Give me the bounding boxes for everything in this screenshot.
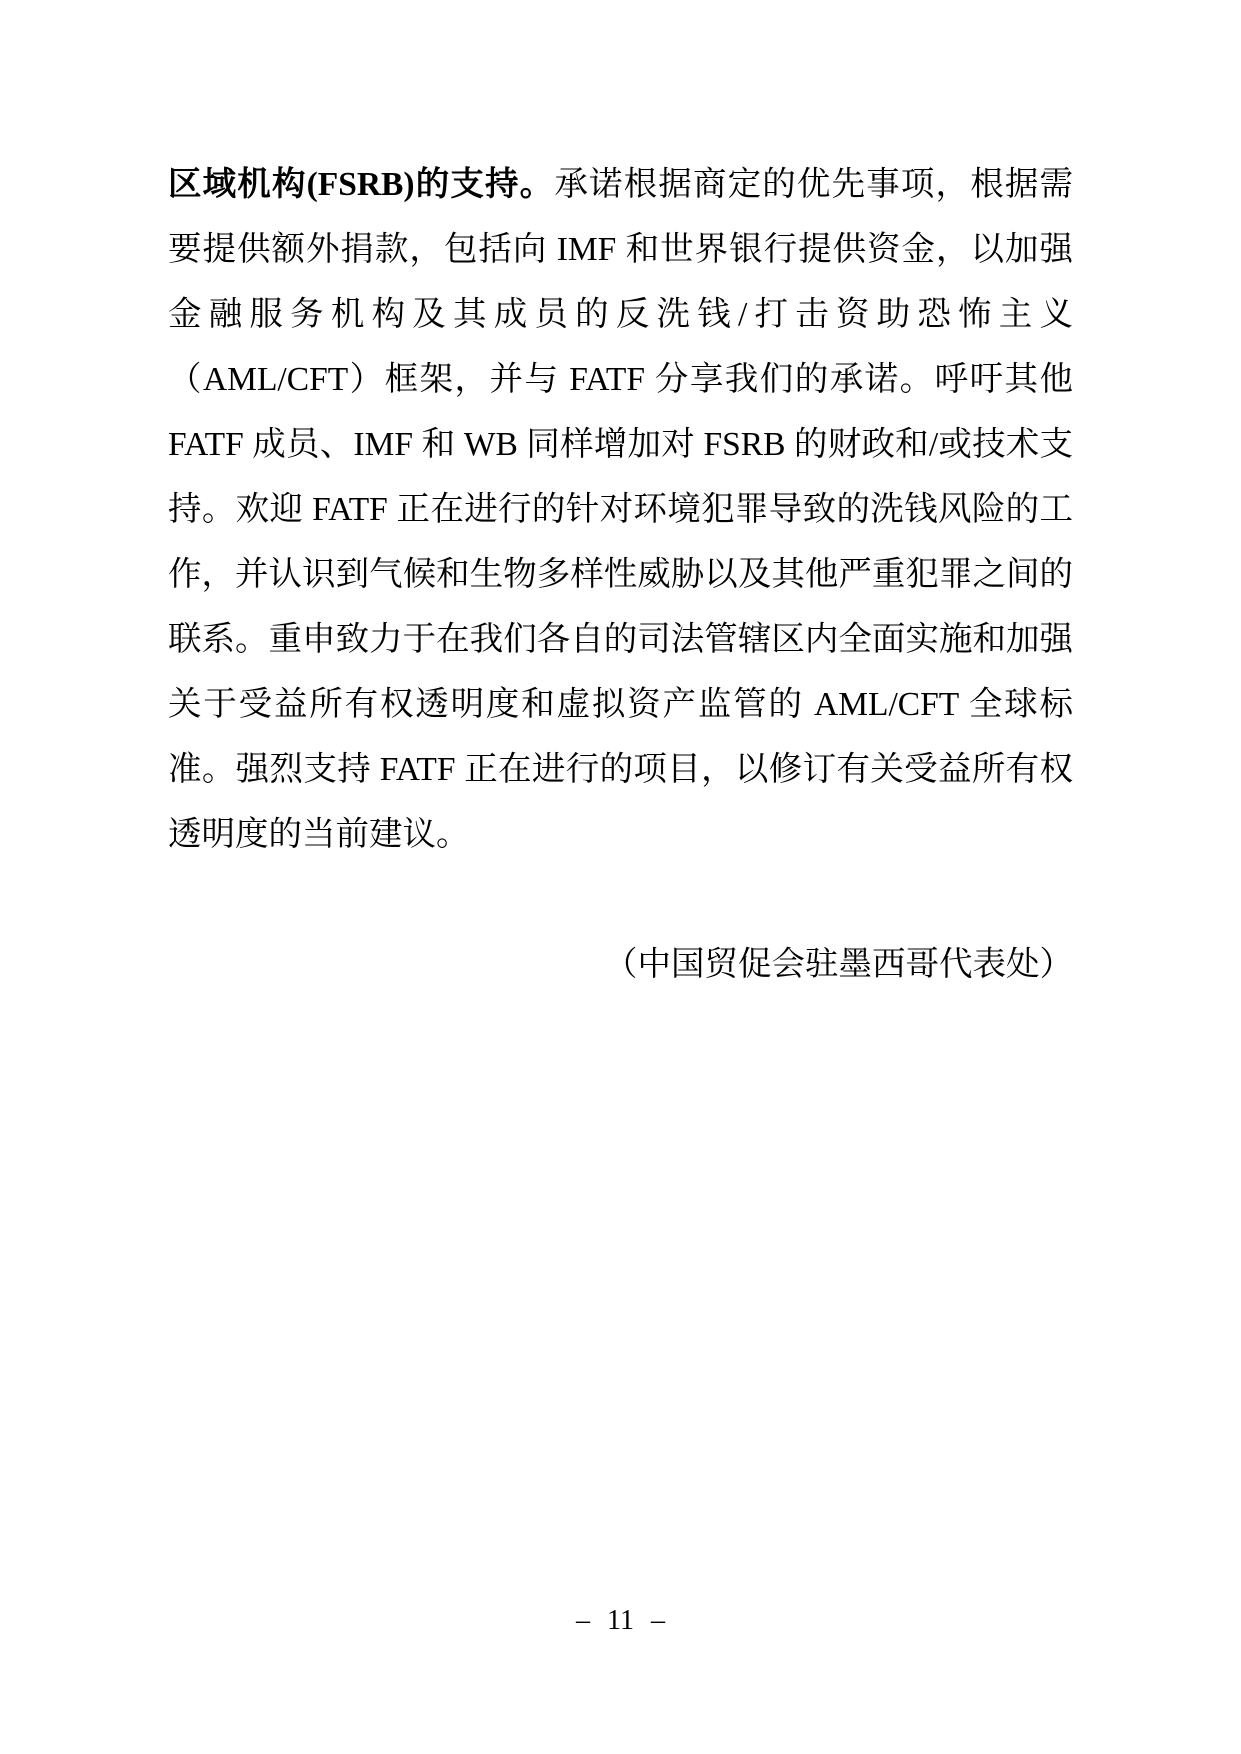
attribution-line: （中国贸促会驻墨西哥代表处） <box>168 932 1073 997</box>
document-page: 区域机构(FSRB)的支持。承诺根据商定的优先事项，根据需要提供额外捐款，包括向… <box>0 0 1241 1754</box>
paragraph-body-text: 承诺根据商定的优先事项，根据需要提供额外捐款，包括向 IMF 和世界银行提供资金… <box>168 166 1073 853</box>
document-body: 区域机构(FSRB)的支持。承诺根据商定的优先事项，根据需要提供额外捐款，包括向… <box>168 152 1073 997</box>
paragraph-bold-lead: 区域机构(FSRB)的支持。 <box>168 166 554 203</box>
paragraph: 区域机构(FSRB)的支持。承诺根据商定的优先事项，根据需要提供额外捐款，包括向… <box>168 152 1073 867</box>
page-number: – 11 – <box>0 1603 1241 1639</box>
